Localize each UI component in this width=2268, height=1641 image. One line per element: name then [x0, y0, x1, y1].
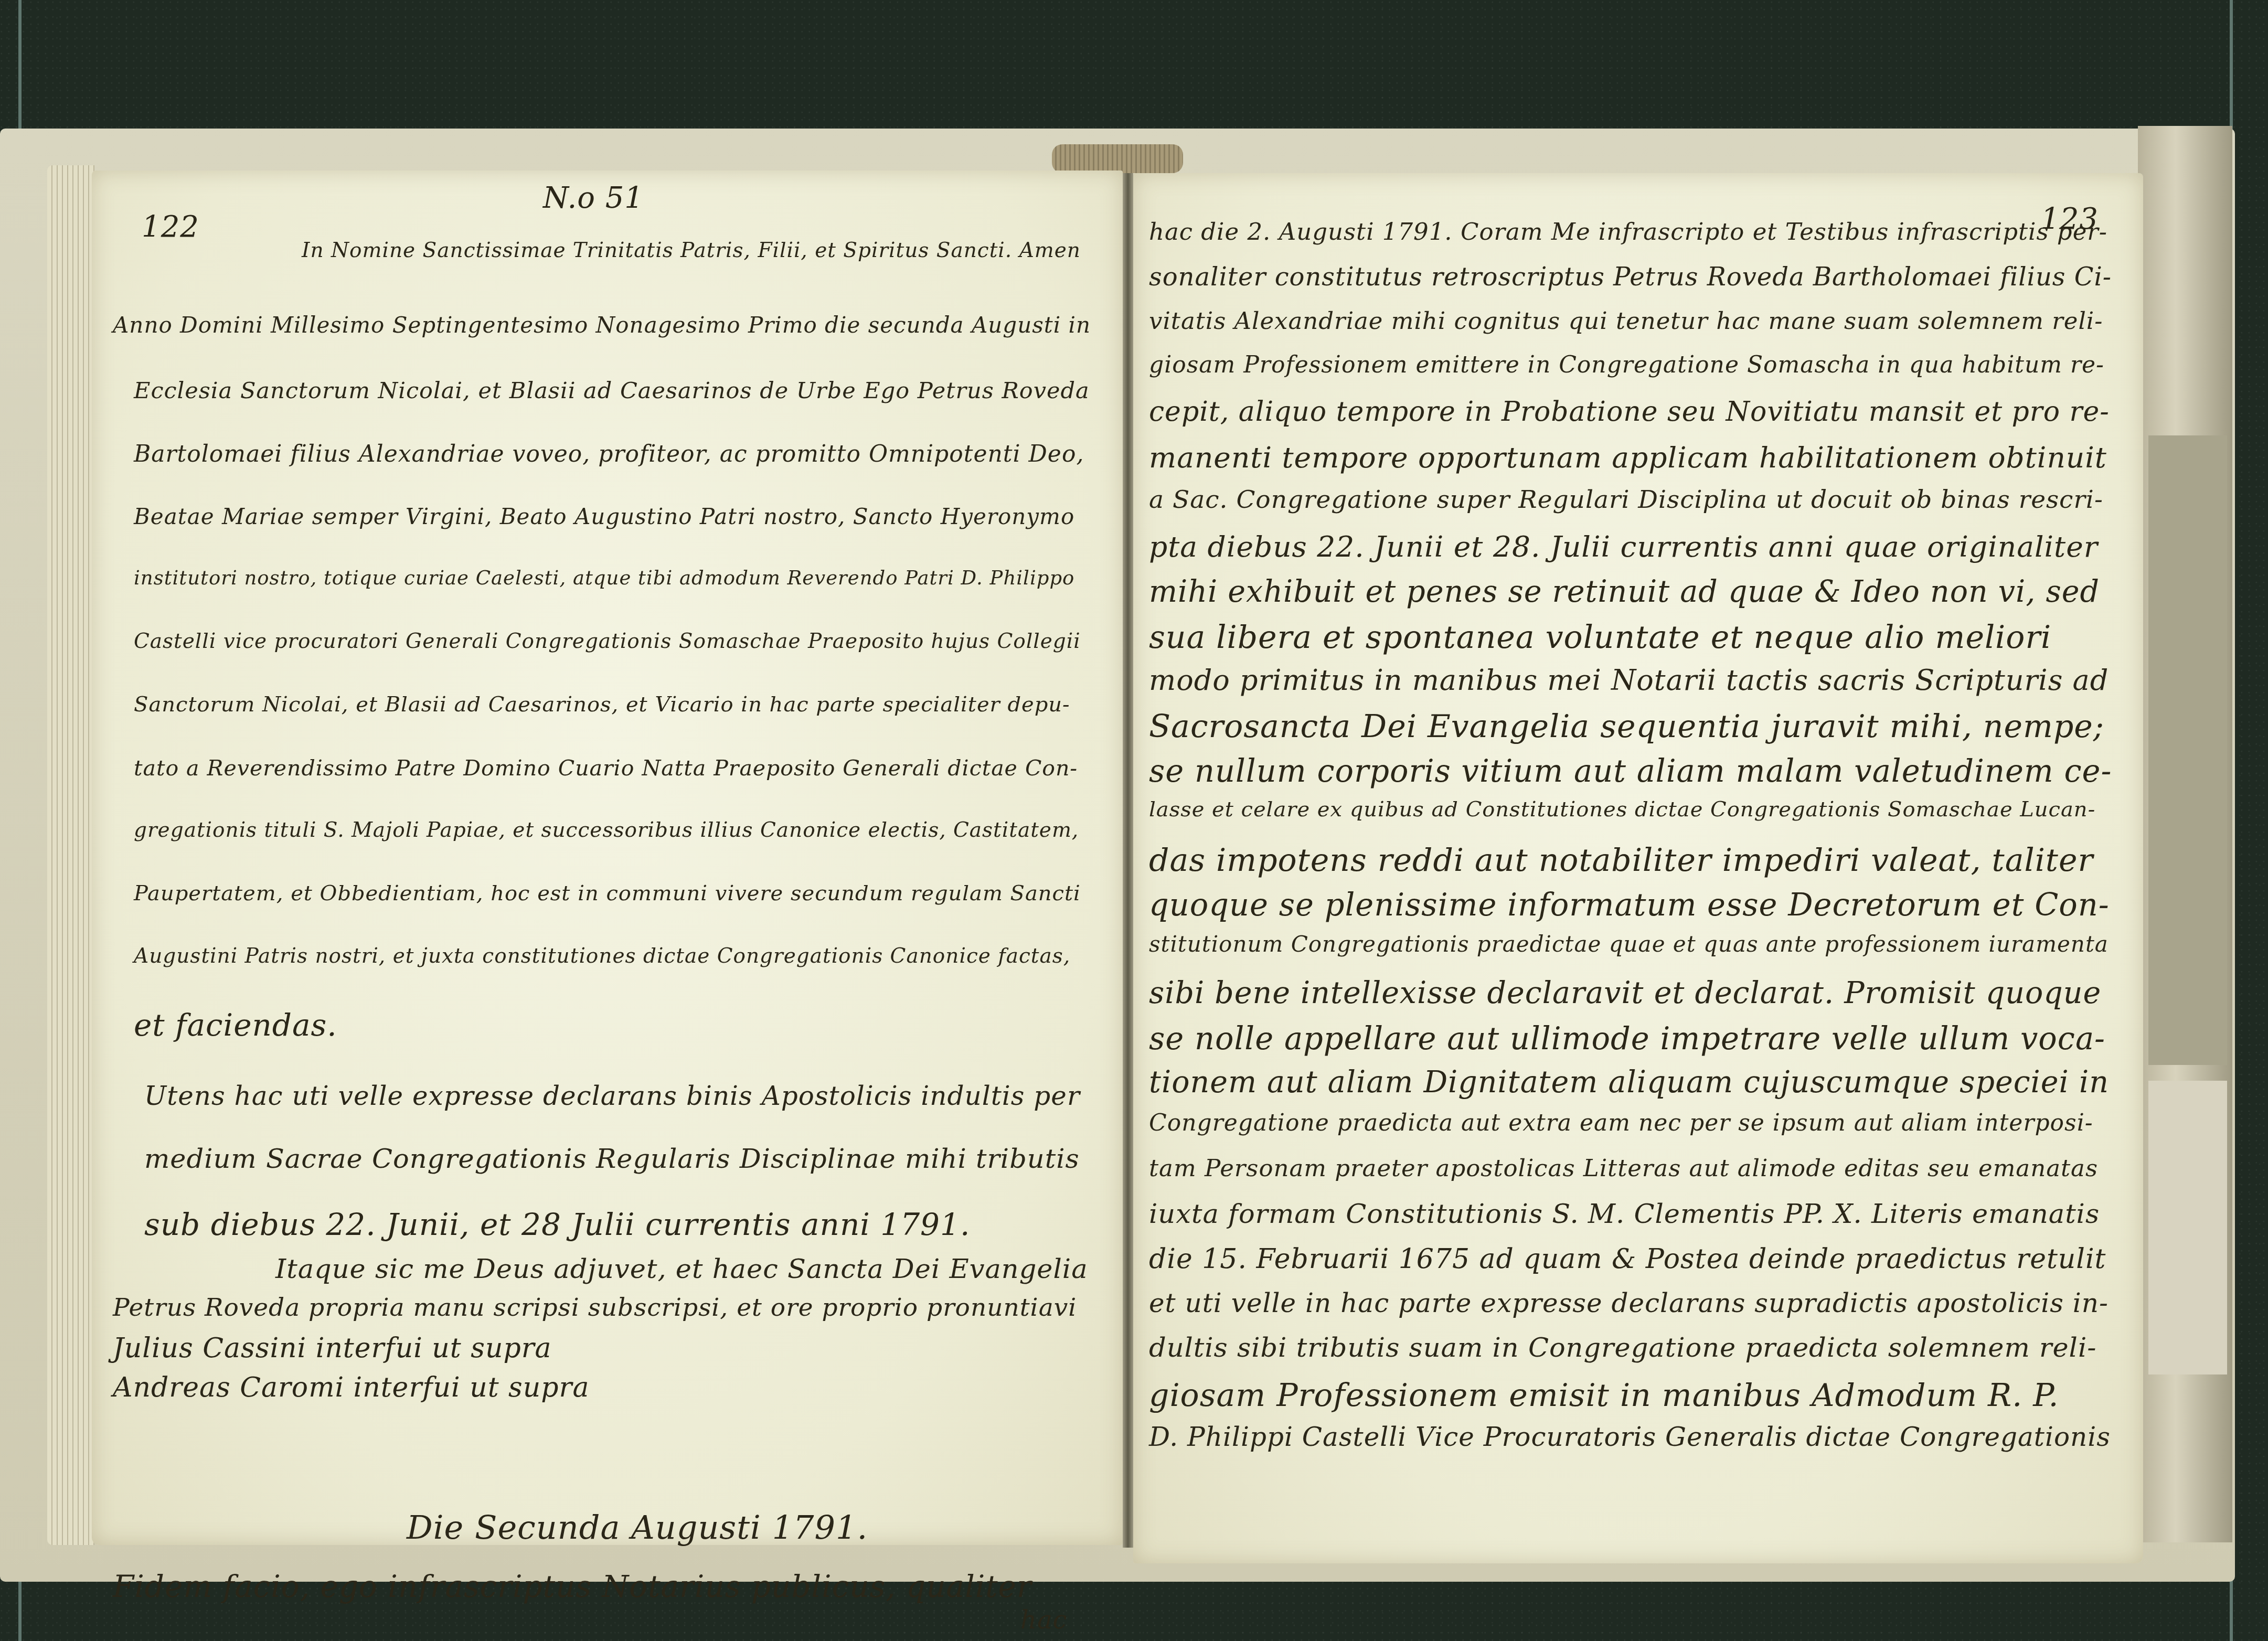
text-line: tam Personam praeter apostolicas Littera…: [1149, 1154, 2098, 1182]
book-gutter: [1123, 173, 1133, 1548]
text-line: cepit, aliquo tempore in Probatione seu …: [1149, 396, 2110, 428]
text-line: D. Philippi Castelli Vice Procuratoris G…: [1149, 1422, 2111, 1452]
text-line: sub diebus 22. Junii, et 28 Julii curren…: [144, 1207, 970, 1242]
text-line: Anno Domini Millesimo Septingentesimo No…: [113, 312, 1091, 338]
entry-number: N.o 51: [543, 181, 644, 215]
text-line: lasse et celare ex quibus ad Constitutio…: [1149, 797, 2095, 822]
text-line: institutori nostro, totique curiae Caele…: [134, 567, 1074, 589]
text-line: quoque se plenissime informatum esse Dec…: [1149, 887, 2110, 923]
cover-fold-flap: [2148, 435, 2227, 1065]
text-line: Castelli vice procuratori Generali Congr…: [134, 630, 1081, 653]
text-line: die 15. Februarii 1675 ad quam & Postea …: [1149, 1243, 2106, 1275]
text-line: se nullum corporis vitium aut aliam mala…: [1149, 753, 2112, 789]
invocation: In Nomine Sanctissimae Trinitatis Patris…: [302, 239, 1081, 262]
text-line: Sanctorum Nicolai, et Blasii ad Caesarin…: [134, 692, 1070, 717]
page-number: 122: [142, 210, 199, 244]
text-line: a Sac. Congregatione super Regulari Disc…: [1149, 485, 2103, 514]
text-line: Augustini Patris nostri, et juxta consti…: [134, 944, 1070, 968]
signature-witness: Andreas Caromi interfui ut supra: [113, 1372, 589, 1403]
text-line: vitatis Alexandriae mihi cognitus qui te…: [1149, 307, 2103, 335]
catchword: hac: [1020, 1605, 1067, 1635]
text-line: Beatae Mariae semper Virgini, Beato Augu…: [134, 504, 1074, 529]
text-line: se nolle appellare aut ullimode impetrar…: [1149, 1020, 2105, 1057]
text-line: tato a Reverendissimo Patre Domino Cuari…: [134, 755, 1078, 781]
text-line: Itaque sic me Deus adjuvet, et haec Sanc…: [275, 1254, 1088, 1285]
text-line: das impotens reddi aut notabiliter imped…: [1149, 842, 2093, 879]
date-heading: Die Secunda Augusti 1791.: [407, 1508, 868, 1547]
text-line: mihi exhibuit et penes se retinuit ad qu…: [1149, 574, 2100, 609]
text-line: pta diebus 22. Junii et 28. Julii curren…: [1149, 530, 2098, 563]
page-stack-edges: [47, 165, 94, 1545]
text-line: et faciendas.: [134, 1007, 337, 1043]
text-line: Paupertatem, et Obbedientiam, hoc est in…: [134, 881, 1081, 905]
text-line: tionem aut aliam Dignitatem aliquam cuju…: [1149, 1065, 2109, 1100]
text-line: sonaliter constitutus retroscriptus Petr…: [1149, 262, 2112, 292]
text-line: Fidem facio, ego infrascriptus Notarius …: [113, 1569, 1032, 1604]
binding-cord: [1052, 144, 1183, 173]
text-line: gregationis tituli S. Majoli Papiae, et …: [134, 818, 1079, 842]
text-line: Congregatione praedicta aut extra eam ne…: [1149, 1110, 2093, 1136]
left-page: 122 N.o 51 In Nomine Sanctissimae Trinit…: [92, 171, 1123, 1545]
text-line: modo primitus in manibus mei Notarii tac…: [1149, 664, 2109, 697]
text-line: sibi bene intellexisse declaravit et dec…: [1149, 976, 2101, 1010]
text-line: Ecclesia Sanctorum Nicolai, et Blasii ad…: [134, 378, 1090, 404]
text-line: Utens hac uti velle expresse declarans b…: [144, 1081, 1080, 1111]
text-line: hac die 2. Augusti 1791. Coram Me infras…: [1149, 218, 2107, 246]
text-line: Petrus Roveda propria manu scripsi subsc…: [113, 1293, 1077, 1322]
text-line: iuxta formam Constitutionis S. M. Clemen…: [1149, 1199, 2100, 1230]
cover-fold-flap-lower: [2148, 1081, 2227, 1374]
text-line: stitutionum Congregationis praedictae qu…: [1149, 931, 2109, 957]
text-line: giosam Professionem emittere in Congrega…: [1149, 351, 2104, 378]
text-line: sua libera et spontanea voluntate et neq…: [1149, 619, 2051, 656]
text-line: manenti tempore opportunam applicam habi…: [1149, 441, 2107, 474]
text-line: dultis sibi tributis suam in Congregatio…: [1149, 1333, 2096, 1363]
text-line: medium Sacrae Congregationis Regularis D…: [144, 1144, 1080, 1175]
text-line: et uti velle in hac parte expresse decla…: [1149, 1288, 2109, 1318]
text-line: Bartolomaei filius Alexandriae voveo, pr…: [134, 441, 1084, 467]
signature-witness: Julius Cassini interfui ut supra: [113, 1333, 552, 1364]
right-page: 123 hac die 2. Augusti 1791. Coram Me in…: [1133, 173, 2143, 1563]
text-line: giosam Professionem emisit in manibus Ad…: [1149, 1377, 2059, 1414]
text-line: Sacrosancta Dei Evangelia sequentia jura…: [1149, 708, 2104, 745]
